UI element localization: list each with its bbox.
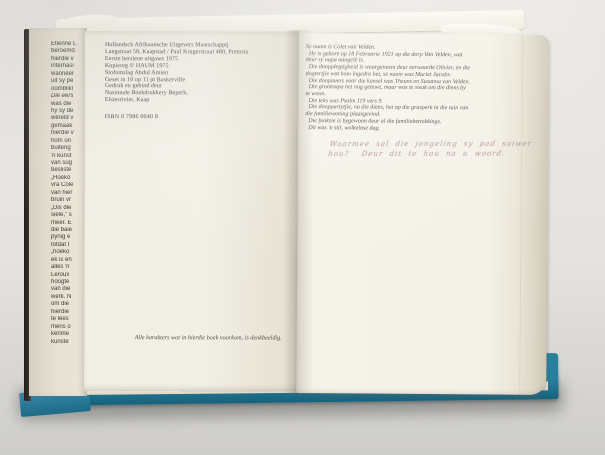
flap-text-line: Leroux [51,272,89,279]
handwritten-note: Waarmee sal die jongeling sy pad suiwerh… [327,139,540,160]
flap-text-line: ek is en [51,257,89,264]
flap-text-line: wêreld v [51,115,89,122]
flap-text-line: van hier [51,190,89,197]
flap-text-line: bruin vr [51,197,89,204]
flap-text-line: „Hoeko [51,175,89,182]
flap-text-line: van sug [51,160,89,167]
opening-text-line: Dit was 'n stil, wolkelose dag. [305,125,519,133]
flap-text-line: alles 'n [51,264,89,271]
flap-text-line: besliste [51,167,89,174]
flap-text-line: hierdie v [51,56,89,63]
imprint-line: Elsiesrivier, Kaap [105,97,285,104]
flap-text-line: hom on [51,138,89,145]
flap-text-line: internasi [51,63,89,70]
flap-text-line: „Dis die [51,205,89,212]
gutter-shadow [284,30,314,394]
flap-text-line: beroemd [51,48,89,55]
flap-text-line: gemaak [51,123,89,130]
flap-text-line: pynig e [51,234,89,241]
isbn-text: ISBN 0 7986 0040 8 [105,114,158,120]
flap-text-line: hierdie v [51,130,89,137]
flap-text-line: hoogte [51,279,89,286]
handwriting-line: hou? Deur dit te hou na u woord. [327,149,539,160]
flap-text-line: meer. E [51,220,89,227]
flap-text-line: die baie [51,227,89,234]
imprint-text: Hollandsch Afrikaansche Uitgevers Maatsc… [105,42,285,105]
flap-text-line: siele," s [51,212,89,219]
flap-text-line: Etienne L [51,41,89,48]
opening-page: Sy naam is Colet van Velden. Hy is gebor… [296,33,549,395]
flap-text-line: vra Cole [51,182,89,189]
flap-text-line: oomblikl [51,86,89,93]
opening-paragraphs: Sy naam is Colet van Velden. Hy is gebor… [305,44,520,133]
dust-jacket-flap: Etienne Lberoemdhierdie vinternasiwannee… [29,28,87,396]
flap-text-line: wanneer [51,71,89,78]
flap-text-line: van die [51,286,89,293]
flap-text-line: totdat t [51,242,89,249]
flap-text-line: buiteng [51,145,89,152]
copyright-page: Hollandsch Afrikaansche Uitgevers Maatsc… [84,31,299,392]
flap-text-line: Die eers [51,93,89,100]
flap-text-line: hy sy de [51,108,89,115]
flap-text-line: uit sy pe [51,78,89,85]
photo-of-open-book: Etienne Lberoemdhierdie vinternasiwannee… [0,0,605,455]
disclaimer-text: Alle karakters wat in hierdie boek voork… [120,334,296,341]
flap-text-line: „hoeko [51,249,89,256]
handwriting-line: Waarmee sal die jongeling sy pad suiwer [329,139,541,150]
flap-text-line: 'n kunst [51,153,89,160]
flap-text-line: was die [51,101,89,108]
